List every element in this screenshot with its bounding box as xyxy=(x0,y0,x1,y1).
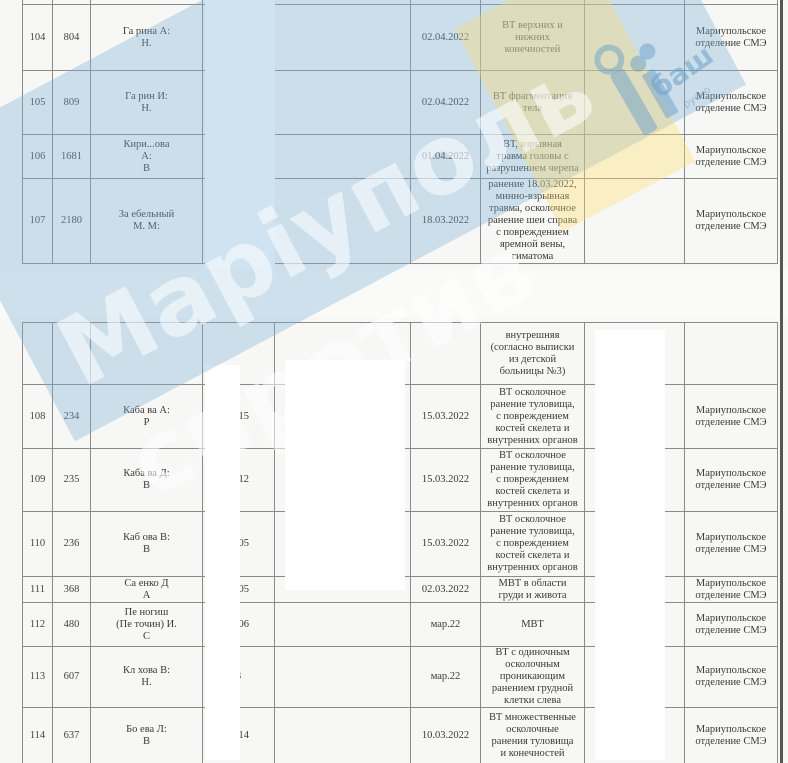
casualty-table-part-1: костей скелета 104804Га рина А: Н..20130… xyxy=(22,0,778,264)
date-cell: 02.03.2022 xyxy=(411,577,481,603)
row-number-cell: 106 xyxy=(23,135,53,179)
row-number-cell: 105 xyxy=(23,71,53,135)
date-cell: 18.03.2022 xyxy=(411,179,481,264)
redaction-block xyxy=(0,270,788,318)
record-id-cell: 236 xyxy=(53,512,91,577)
redaction-block xyxy=(205,365,240,760)
row-number-cell: 110 xyxy=(23,512,53,577)
date-cell: 10.03.2022 xyxy=(411,708,481,763)
place-cell xyxy=(275,179,411,264)
record-id-cell: 1681 xyxy=(53,135,91,179)
name-cell: Кири...ова А: В xyxy=(91,135,203,179)
name-cell: Каб ова В: В xyxy=(91,512,203,577)
date-cell: 15.03.2022 xyxy=(411,449,481,512)
place-cell xyxy=(275,71,411,135)
date-cell: мар.22 xyxy=(411,603,481,647)
department-cell: Мариупольское отделение СМЭ xyxy=(685,179,778,264)
table-row: 105809Га рин И: Н..201002.04.2022ВТ фраг… xyxy=(23,71,778,135)
date-cell: 15.03.2022 xyxy=(411,512,481,577)
diagnosis-cell: ранение 18.03.2022, минно-взрывная травм… xyxy=(481,179,585,264)
row-number-cell: 112 xyxy=(23,603,53,647)
diagnosis-cell: МВТ xyxy=(481,603,585,647)
extra-cell xyxy=(585,71,685,135)
diagnosis-cell: ВТ с одиночным осколочным проникающим ра… xyxy=(481,647,585,708)
date-cell: 02.04.2022 xyxy=(411,5,481,71)
record-id-cell: 2180 xyxy=(53,179,91,264)
date-cell: 01.04.2022 xyxy=(411,135,481,179)
row-number-cell: 108 xyxy=(23,385,53,449)
record-id-cell: 480 xyxy=(53,603,91,647)
extra-cell xyxy=(585,135,685,179)
name-cell: Бо ева Л: В xyxy=(91,708,203,763)
row-number-cell: 114 xyxy=(23,708,53,763)
name-cell: Га рин И: Н. xyxy=(91,71,203,135)
name-cell: Кл хова В: Н. xyxy=(91,647,203,708)
name-cell: Каба ва А: Р xyxy=(91,385,203,449)
diagnosis-cell: ВТ верхних и нижних конечностей xyxy=(481,5,585,71)
place-cell xyxy=(275,135,411,179)
name-cell: Са енко Д А xyxy=(91,577,203,603)
record-id-cell: 234 xyxy=(53,385,91,449)
place-cell xyxy=(275,708,411,763)
table-row: 1061681Кири...ова А: В.201601.04.2022ВТ,… xyxy=(23,135,778,179)
row-number-cell: 104 xyxy=(23,5,53,71)
department-cell: Мариупольское отделение СМЭ xyxy=(685,647,778,708)
name-cell: Га рина А: Н. xyxy=(91,5,203,71)
extra-cell xyxy=(585,179,685,264)
place-cell xyxy=(275,5,411,71)
redaction-block xyxy=(205,0,275,270)
department-cell: Мариупольское отделение СМЭ xyxy=(685,708,778,763)
scanned-document-page: костей скелета 104804Га рина А: Н..20130… xyxy=(0,0,788,763)
scan-edge xyxy=(780,0,783,763)
diagnosis-cell: ВТ осколочное ранение туловища, с повреж… xyxy=(481,512,585,577)
department-cell: Мариупольское отделение СМЭ xyxy=(685,385,778,449)
redaction-block xyxy=(285,360,405,590)
record-id-cell: 607 xyxy=(53,647,91,708)
department-cell: Мариупольское отделение СМЭ xyxy=(685,512,778,577)
diagnosis-cell: МВТ в области груди и живота xyxy=(481,577,585,603)
record-id-cell: 368 xyxy=(53,577,91,603)
diagnosis-cell: ВТ осколочное ранение туловища, с повреж… xyxy=(481,385,585,449)
diagnosis-cell: внутрешняя (согласно выписки из детской … xyxy=(481,323,585,385)
record-id-cell: 637 xyxy=(53,708,91,763)
date-cell: мар.22 xyxy=(411,647,481,708)
place-cell xyxy=(275,647,411,708)
department-cell: Мариупольское отделение СМЭ xyxy=(685,577,778,603)
diagnosis-cell: ВТ осколочное ранение туловища, с повреж… xyxy=(481,449,585,512)
date-cell: 15.03.2022 xyxy=(411,385,481,449)
department-cell: Мариупольское отделение СМЭ xyxy=(685,5,778,71)
name-cell: За ебельный М. М: xyxy=(91,179,203,264)
row-number-cell: 111 xyxy=(23,577,53,603)
diagnosis-cell: ВТ множественные осколочные ранения туло… xyxy=(481,708,585,763)
diagnosis-cell: ВТ, взрывная травма головы с разрушением… xyxy=(481,135,585,179)
record-id-cell: 235 xyxy=(53,449,91,512)
redaction-block xyxy=(595,330,665,760)
place-cell xyxy=(275,603,411,647)
date-cell: 02.04.2022 xyxy=(411,71,481,135)
table-row: 1072180За ебельный М. М:.200718.03.2022р… xyxy=(23,179,778,264)
department-cell: Мариупольское отделение СМЭ xyxy=(685,603,778,647)
department-cell: Мариупольское отделение СМЭ xyxy=(685,71,778,135)
record-id-cell: 804 xyxy=(53,5,91,71)
row-number-cell: 113 xyxy=(23,647,53,708)
row-number-cell: 109 xyxy=(23,449,53,512)
record-id-cell: 809 xyxy=(53,71,91,135)
name-cell: Пе ногиш (Пе точин) И. С xyxy=(91,603,203,647)
diagnosis-cell: ВТ фрагментация тела xyxy=(481,71,585,135)
name-cell: Каба ва Д: В xyxy=(91,449,203,512)
department-cell: Мариупольское отделение СМЭ xyxy=(685,135,778,179)
row-number-cell: 107 xyxy=(23,179,53,264)
extra-cell xyxy=(585,5,685,71)
department-cell: Мариупольское отделение СМЭ xyxy=(685,449,778,512)
table-row: 104804Га рина А: Н..201302.04.2022ВТ вер… xyxy=(23,5,778,71)
